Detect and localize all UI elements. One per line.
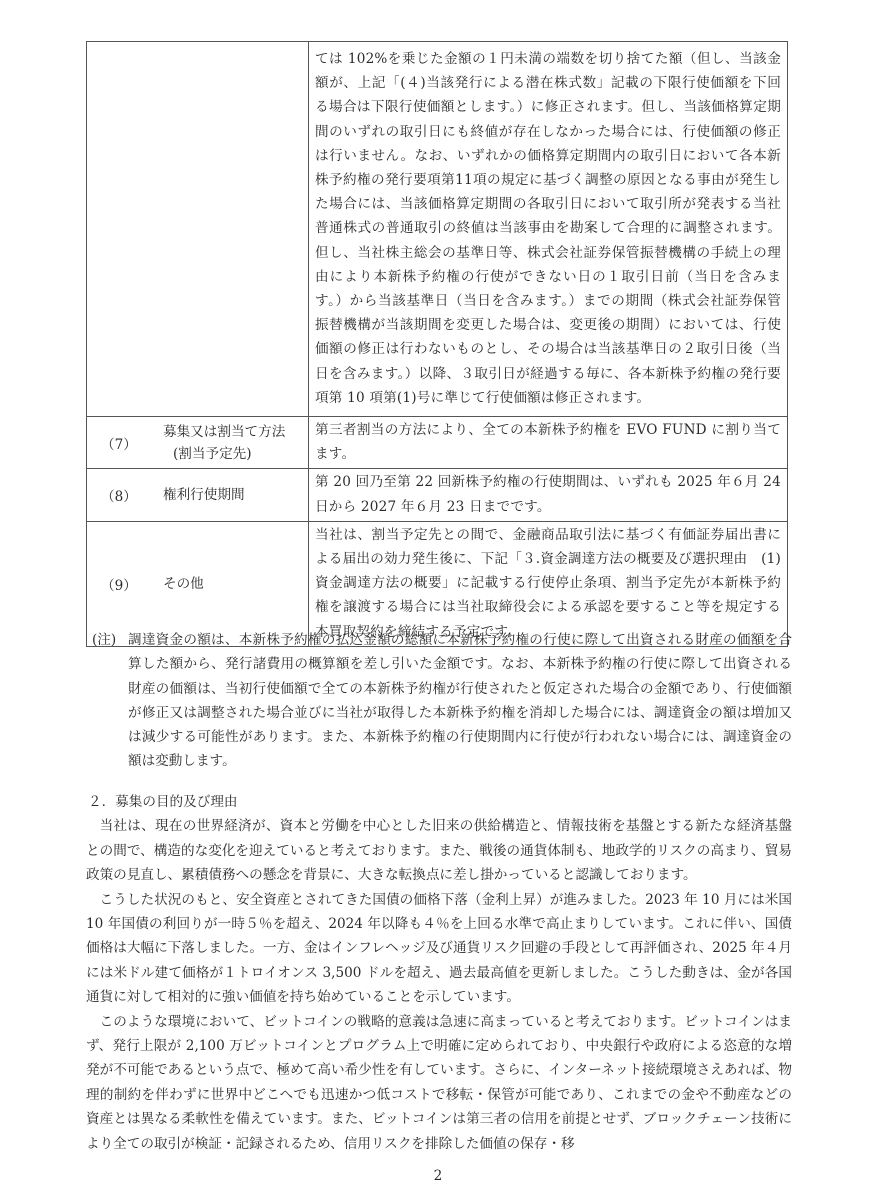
table-row: （7） 募集又は割当て方法 (割当予定先) 第三者割当の方法により、全ての本新株… [87, 417, 788, 469]
label-cell: （8） 権利行使期間 [87, 469, 309, 521]
content-cell: ては 102%を乗じた金額の１円未満の端数を切り捨てた額（但し、当該金額が、上記… [309, 42, 788, 417]
footnote-mark: (注) [92, 628, 116, 652]
page-number: 2 [0, 1168, 876, 1184]
footnote-text: 調達資金の額は、本新株予約権の払込金額の総額に本新株予約権の行使に際して出資され… [128, 628, 792, 774]
content-cell: 第 20 回乃至第 22 回新株予約権の行使期間は、いずれも 2025 年６月 … [309, 469, 788, 521]
item-label: その他 [163, 576, 204, 592]
label-cell-empty [87, 42, 309, 417]
item-label: 権利行使期間 [163, 487, 245, 503]
item-number: （7） [93, 433, 163, 453]
item-label: 募集又は割当て方法 [163, 424, 285, 440]
content-cell: 第三者割当の方法により、全ての本新株予約権を EVO FUND に割り当てます。 [309, 417, 788, 469]
paragraph: このような環境において、ビットコインの戦略的意義は急速に高まっていると考えており… [86, 1010, 792, 1156]
item-content: 第 20 回乃至第 22 回新株予約権の行使期間は、いずれも 2025 年６月 … [309, 469, 787, 520]
item-content: 第三者割当の方法により、全ての本新株予約権を EVO FUND に割り当てます。 [309, 417, 787, 468]
item-sublabel: (割当予定先) [163, 443, 285, 465]
section-heading: ２．募集の目的及び理由 [86, 790, 792, 814]
paragraph: こうした状況のもと、安全資産とされてきた国債の価格下落（金利上昇）が進みました。… [86, 888, 792, 1010]
document-page: ては 102%を乗じた金額の１円未満の端数を切り捨てた額（但し、当該金額が、上記… [0, 0, 876, 1200]
section-purpose-and-reason: ２．募集の目的及び理由 当社は、現在の世界経済が、資本と労働を中心とした旧来の供… [86, 790, 792, 1156]
table-row: （8） 権利行使期間 第 20 回乃至第 22 回新株予約権の行使期間は、いずれ… [87, 469, 788, 521]
offering-terms-table: ては 102%を乗じた金額の１円未満の端数を切り捨てた額（但し、当該金額が、上記… [86, 41, 788, 647]
item-number: （8） [93, 485, 163, 505]
label-cell: （7） 募集又は割当て方法 (割当予定先) [87, 417, 309, 469]
paragraph: 当社は、現在の世界経済が、資本と労働を中心とした旧来の供給構造と、情報技術を基盤… [86, 814, 792, 887]
exercise-price-revision-text: ては 102%を乗じた金額の１円未満の端数を切り捨てた額（但し、当該金額が、上記… [309, 46, 787, 412]
footnote: (注) 調達資金の額は、本新株予約権の払込金額の総額に本新株予約権の行使に際して… [92, 628, 792, 774]
table-row-continuation: ては 102%を乗じた金額の１円未満の端数を切り捨てた額（但し、当該金額が、上記… [87, 42, 788, 417]
item-number: （9） [93, 574, 163, 594]
